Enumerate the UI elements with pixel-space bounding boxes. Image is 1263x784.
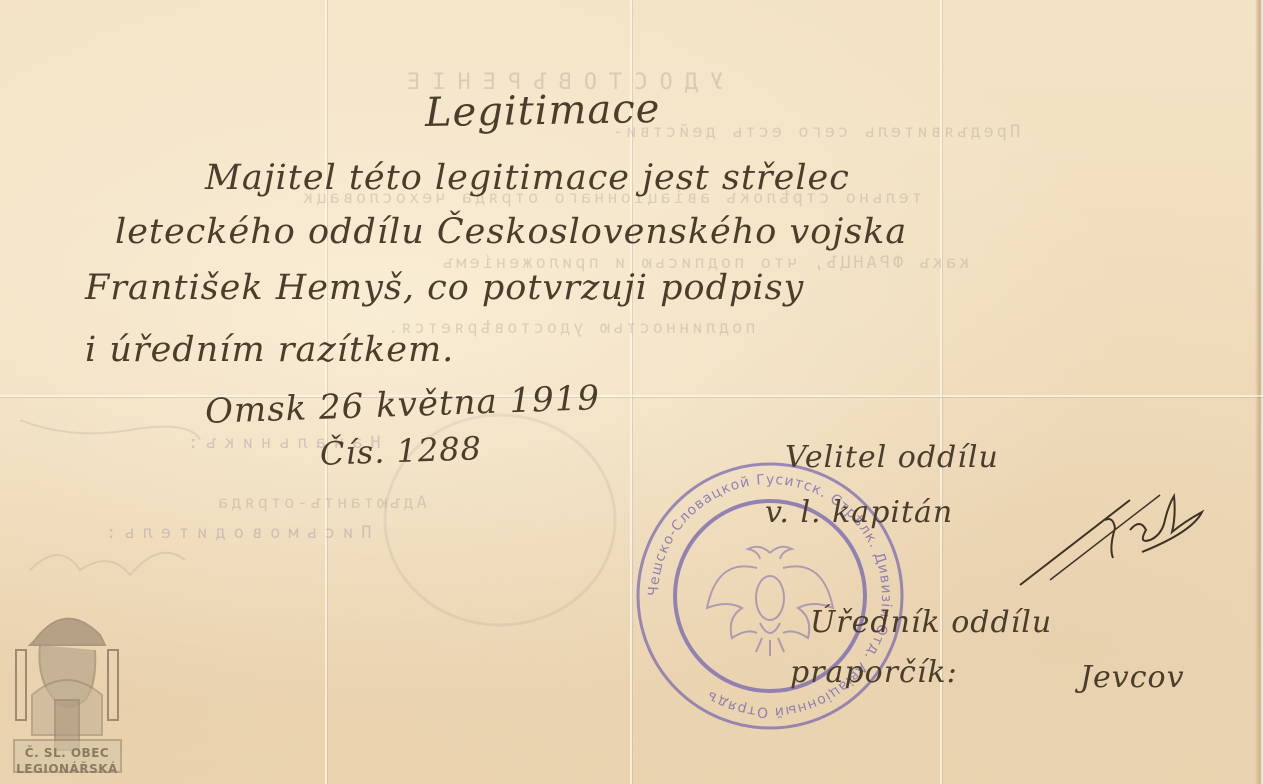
body-line-4: i úředním razítkem. <box>85 330 454 370</box>
logo-text-line1: Č. SL. OBEC <box>14 746 120 760</box>
document-title: Legitimace <box>425 86 661 136</box>
commander-signature <box>1010 480 1230 590</box>
fold-line <box>0 395 1263 397</box>
commander-title: Velitel oddílu <box>785 440 999 475</box>
logo-text-line2: LEGIONÁŘSKÁ <box>14 762 120 776</box>
clerk-rank: praporčík: <box>790 655 958 690</box>
paper-edge <box>1255 0 1263 784</box>
body-line-3: František Hemyš, co potvrzuji podpisy <box>85 268 804 308</box>
clerk-title: Úředník oddílu <box>810 605 1052 640</box>
show-through-line: Предъявитель сего есть действи- <box>610 122 1020 142</box>
document-number: Čís. 1288 <box>319 429 482 473</box>
commander-rank: v. l. kapitán <box>765 495 953 530</box>
show-through-signature <box>10 400 210 600</box>
body-line-2: leteckého oddílu Československého vojska <box>115 212 907 252</box>
body-line-1: Majitel této legitimace jest střelec <box>205 158 850 198</box>
clerk-signature: Jevcov <box>1080 660 1185 695</box>
